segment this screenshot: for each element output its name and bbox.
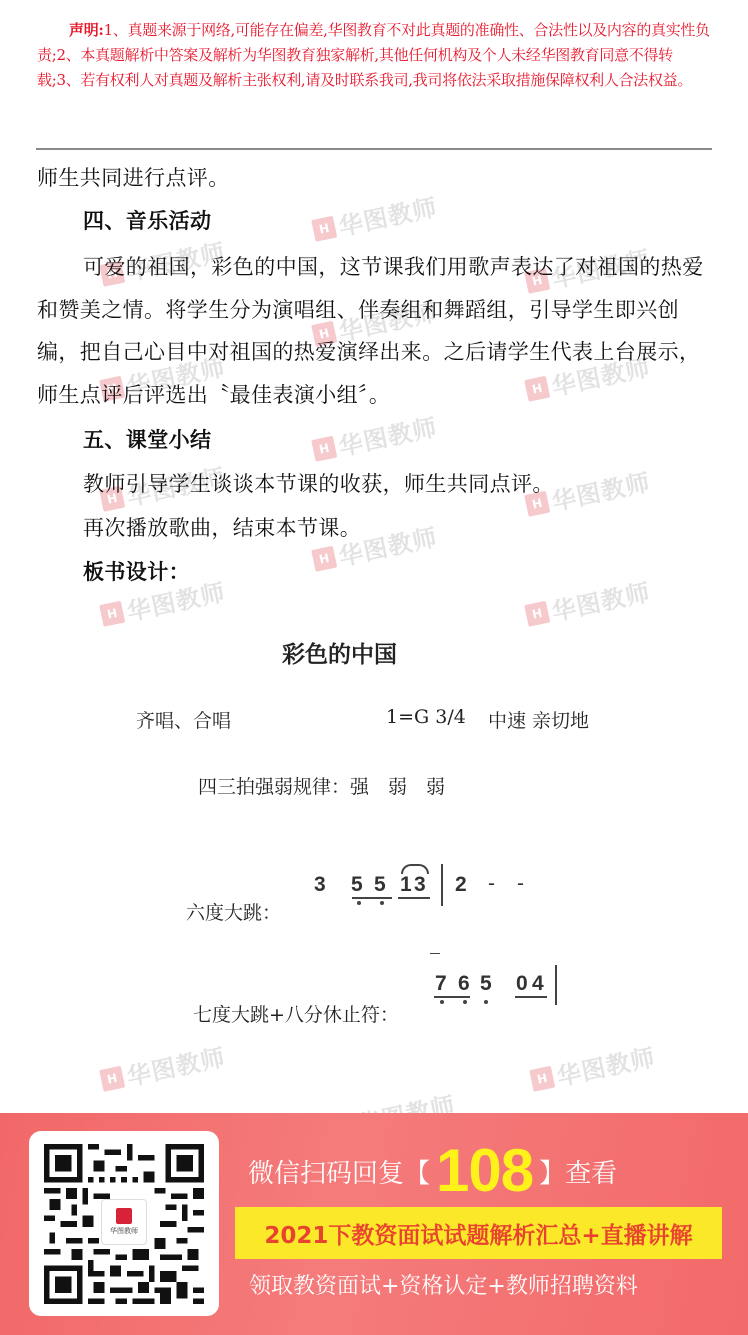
sixth-leap-label: 六度大跳： bbox=[186, 898, 281, 925]
promo-reply-code: 108 bbox=[436, 1143, 533, 1199]
tie-arc bbox=[401, 864, 429, 874]
watermark: H华图教师 bbox=[528, 1037, 659, 1097]
promo-subline: 领取教资面试+资格认定+教师招聘资料 bbox=[249, 1269, 638, 1300]
low-octave-dot bbox=[440, 1000, 444, 1004]
promo-headline-suffix: 】查看 bbox=[539, 1153, 617, 1190]
low-octave-dot bbox=[463, 1000, 467, 1004]
section-heading-summary: 五、课堂小结 bbox=[37, 422, 717, 458]
qr-code-card[interactable]: 华图教师 bbox=[29, 1131, 219, 1316]
meter-rule: 四三拍强弱规律：强 弱 弱 bbox=[198, 772, 445, 799]
watermark-logo-icon: H bbox=[529, 1065, 555, 1091]
header-divider bbox=[36, 148, 712, 150]
qr-center-logo: 华图教师 bbox=[101, 1199, 147, 1245]
section-heading-music-activity: 四、音乐活动 bbox=[37, 203, 717, 239]
brand-logo-icon bbox=[116, 1208, 132, 1224]
watermark-logo-icon: H bbox=[99, 1065, 125, 1091]
high-octave-mark bbox=[430, 953, 440, 954]
key-signature: 1=G 3/4 bbox=[386, 706, 466, 728]
summary-line-1: 教师引导学生谈谈本节课的收获，师生共同点评。 bbox=[37, 466, 717, 502]
board-design-label: 板书设计： bbox=[37, 554, 717, 590]
disclaimer: 声明:1、真题来源于网络,可能存在偏差,华图教育不对此真题的准确性、合法性以及内… bbox=[37, 18, 713, 93]
eighth-beam bbox=[352, 897, 392, 899]
promo-banner: 华图教师 微信扫码回复【 108 】查看 2021下教资面试试题解析汇总+直播讲… bbox=[0, 1113, 748, 1335]
disclaimer-lead: 声明: bbox=[69, 21, 104, 39]
bar-line bbox=[441, 864, 443, 906]
eighth-beam bbox=[515, 996, 547, 998]
low-octave-dot bbox=[357, 901, 361, 905]
watermark-logo-icon: H bbox=[524, 600, 550, 626]
low-octave-dot bbox=[484, 1000, 488, 1004]
tempo-marking: 中速 亲切地 bbox=[488, 706, 589, 733]
section-paragraph-music-activity: 可爱的祖国，彩色的中国，这节课我们用歌声表达了对祖国的热爱和赞美之情。将学生分为… bbox=[37, 246, 717, 416]
low-octave-dot bbox=[380, 901, 384, 905]
eighth-beam bbox=[434, 996, 470, 998]
board-title: 彩色的中国 bbox=[282, 636, 397, 669]
promo-headline-prefix: 微信扫码回复【 bbox=[248, 1153, 430, 1190]
watermark: H华图教师 bbox=[98, 1037, 229, 1097]
continuation-text: 师生共同进行点评。 bbox=[37, 160, 717, 196]
summary-line-2: 再次播放歌曲，结束本节课。 bbox=[37, 510, 717, 546]
disclaimer-text: 1、真题来源于网络,可能存在偏差,华图教育不对此真题的准确性、合法性以及内容的真… bbox=[37, 21, 710, 89]
watermark-logo-icon: H bbox=[99, 600, 125, 626]
seventh-leap-label: 七度大跳+八分休止符： bbox=[193, 1000, 399, 1027]
bar-line bbox=[555, 965, 557, 1005]
promo-headline: 微信扫码回复【 108 】查看 bbox=[248, 1143, 617, 1199]
promo-highlight-banner[interactable]: 2021下教资面试试题解析汇总+直播讲解 bbox=[235, 1207, 722, 1259]
eighth-beam bbox=[398, 897, 430, 899]
singing-form: 齐唱、合唱 bbox=[136, 706, 231, 733]
